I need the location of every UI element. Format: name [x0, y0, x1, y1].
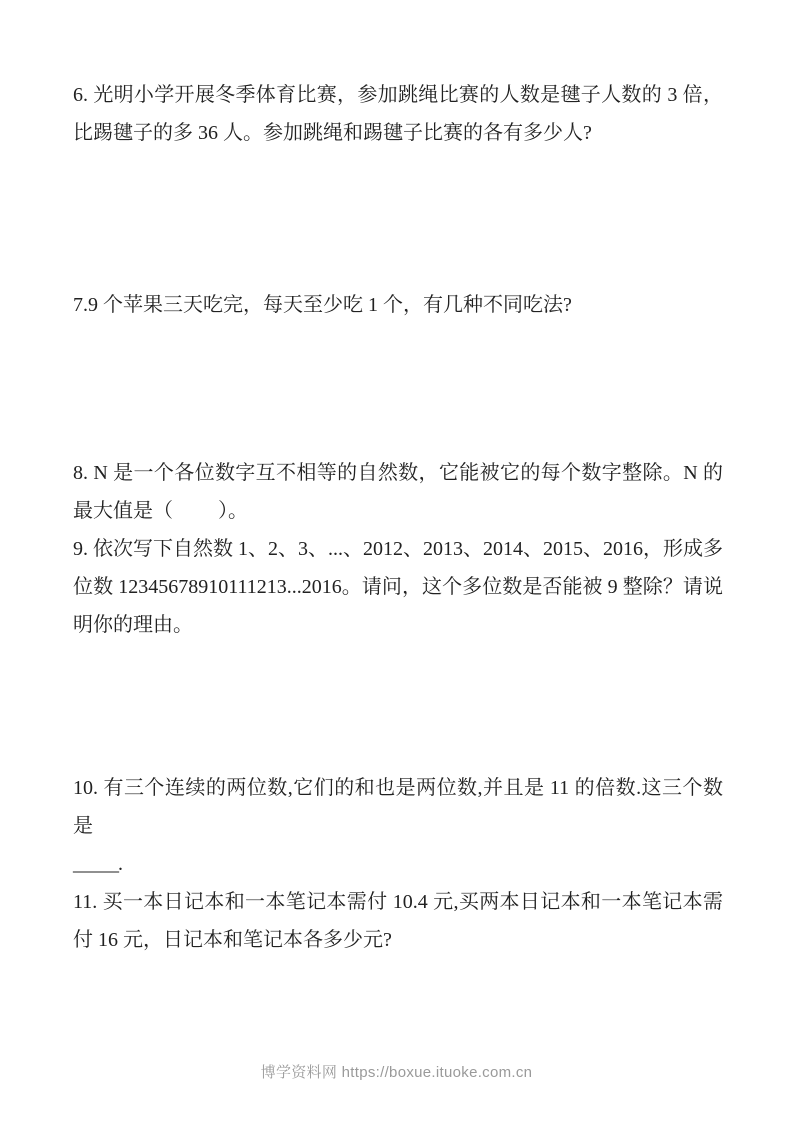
- question-9: 9. 依次写下自然数 1、2、3、...、2012、2013、2014、2015…: [73, 530, 723, 644]
- question-block-7: 7.9 个苹果三天吃完，每天至少吃 1 个，有几种不同吃法?: [73, 286, 723, 324]
- question-10-number: 10.: [73, 777, 98, 799]
- question-6: 6. 光明小学开展冬季体育比赛，参加跳绳比赛的人数是毽子人数的 3 倍，比踢毽子…: [73, 76, 723, 152]
- question-9-number: 9.: [73, 538, 88, 560]
- question-block-6: 6. 光明小学开展冬季体育比赛，参加跳绳比赛的人数是毽子人数的 3 倍，比踢毽子…: [73, 76, 723, 152]
- question-8-text: N 是一个各位数字互不相等的自然数，它能被它的每个数字整除。N 的最大值是（ ）…: [73, 462, 723, 522]
- question-8-number: 8.: [73, 462, 88, 484]
- question-block-8-9: 8. N 是一个各位数字互不相等的自然数，它能被它的每个数字整除。N 的最大值是…: [73, 454, 723, 644]
- question-7: 7.9 个苹果三天吃完，每天至少吃 1 个，有几种不同吃法?: [73, 286, 723, 324]
- question-11-number: 11.: [73, 891, 97, 913]
- footer-watermark-text: 博学资料网 https://boxue.ituoke.com.cn: [261, 1064, 533, 1081]
- question-6-text: 光明小学开展冬季体育比赛，参加跳绳比赛的人数是毽子人数的 3 倍，比踢毽子的多 …: [73, 84, 723, 144]
- question-8: 8. N 是一个各位数字互不相等的自然数，它能被它的每个数字整除。N 的最大值是…: [73, 454, 723, 530]
- question-10-text: 有三个连续的两位数,它们的和也是两位数,并且是 11 的倍数.这三个数是: [73, 777, 723, 837]
- question-11-text: 买一本日记本和一本笔记本需付 10.4 元,买两本日记本和一本笔记本需付 16 …: [73, 891, 723, 951]
- worksheet-page: 6. 光明小学开展冬季体育比赛，参加跳绳比赛的人数是毽子人数的 3 倍，比踢毽子…: [0, 0, 793, 1122]
- question-7-text: 9 个苹果三天吃完，每天至少吃 1 个，有几种不同吃法?: [88, 294, 572, 316]
- question-7-number: 7.: [73, 294, 88, 316]
- question-9-text: 依次写下自然数 1、2、3、...、2012、2013、2014、2015、20…: [73, 538, 723, 636]
- question-block-10-11: 10. 有三个连续的两位数,它们的和也是两位数,并且是 11 的倍数.这三个数是…: [73, 769, 723, 959]
- footer-watermark: 博学资料网 https://boxue.ituoke.com.cn: [0, 1063, 793, 1083]
- worksheet-content: 6. 光明小学开展冬季体育比赛，参加跳绳比赛的人数是毽子人数的 3 倍，比踢毽子…: [0, 0, 793, 959]
- question-6-number: 6.: [73, 84, 88, 106]
- question-10-answer-blank: _____.: [73, 845, 723, 883]
- question-10: 10. 有三个连续的两位数,它们的和也是两位数,并且是 11 的倍数.这三个数是: [73, 769, 723, 845]
- question-11: 11. 买一本日记本和一本笔记本需付 10.4 元,买两本日记本和一本笔记本需付…: [73, 883, 723, 959]
